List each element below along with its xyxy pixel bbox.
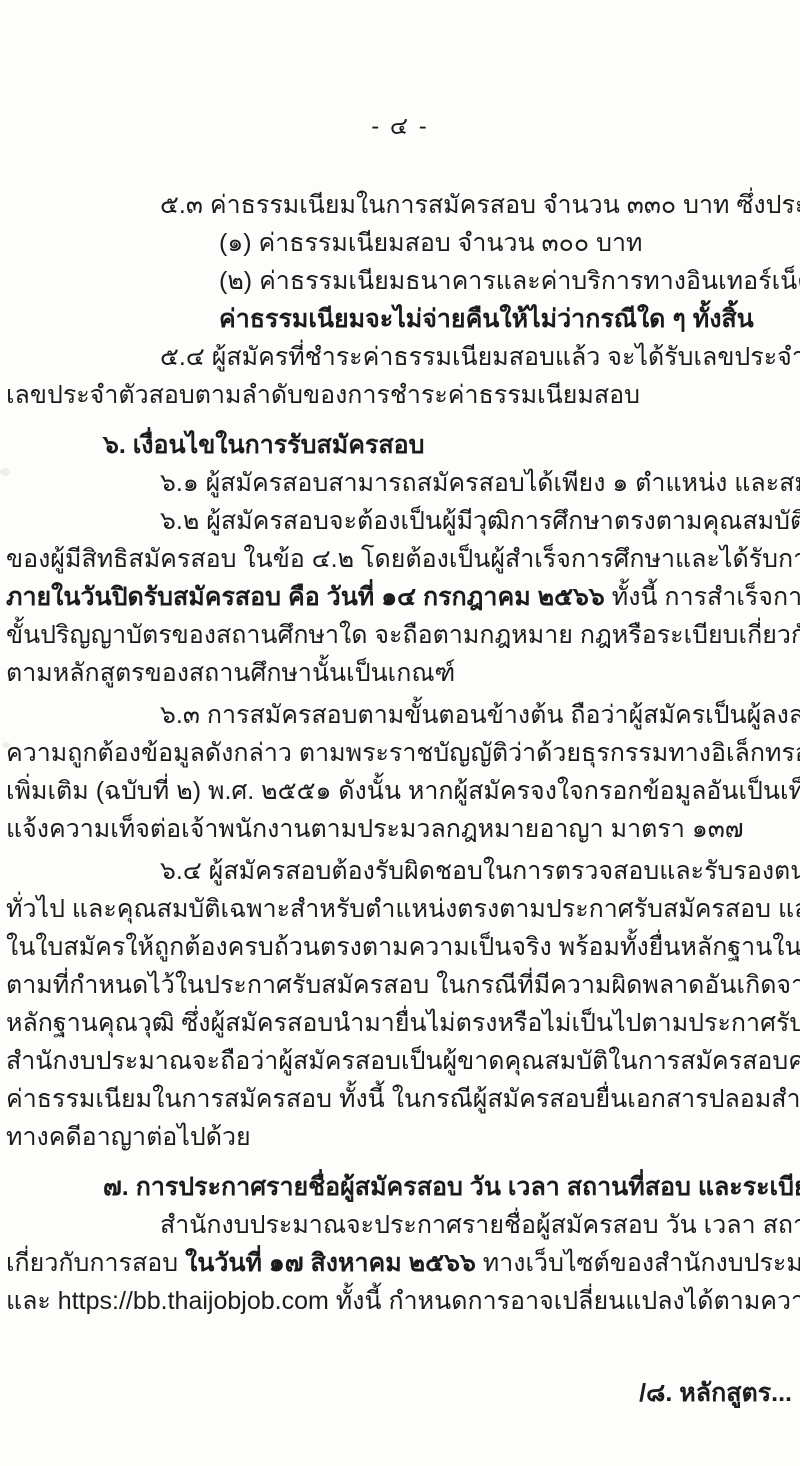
text-segment: ทางคดีอาญาต่อไปด้วย xyxy=(6,1123,251,1151)
section-6-heading-line: ๖. เงื่อนไขในการรับสมัครสอบ xyxy=(0,426,800,464)
text-segment: ขั้นปริญญาบัตรของสถานศึกษาใด จะถือตามกฎห… xyxy=(6,621,800,649)
clause-6-1-line: ๖.๑ ผู้สมัครสอบสามารถสมัครสอบได้เพียง ๑ … xyxy=(0,464,800,502)
text-segment: ๕.๔ ผู้สมัครที่ชำระค่าธรรมเนียมสอบแล้ว จ… xyxy=(160,343,800,371)
clause-6-2-wrap-line-3: ขั้นปริญญาบัตรของสถานศึกษาใด จะถือตามกฎห… xyxy=(0,616,800,654)
clause-6-3-wrap-line-2: เพิ่มเติม (ฉบับที่ ๒) พ.ศ. ๒๕๕๑ ดังนั้น … xyxy=(0,772,800,810)
text-segment: ความถูกต้องข้อมูลดังกล่าว ตามพระราชบัญญั… xyxy=(6,739,800,767)
clause-5-3-item-1-line: (๑) ค่าธรรมเนียมสอบ จำนวน ๓๐๐ บาท xyxy=(0,224,800,262)
text-segment: ๖. เงื่อนไขในการรับสมัครสอบ xyxy=(103,431,425,459)
section-7-body-line-3: และ https://bb.thaijobjob.com ทั้งนี้ กำ… xyxy=(0,1282,800,1320)
text-segment: ทางเว็บไซต์ของสำนักงบประมาณ https://www.… xyxy=(476,1249,800,1277)
text-segment: สำนักงบประมาณจะถือว่าผู้สมัครสอบเป็นผู้ข… xyxy=(6,1047,800,1075)
page-number: - ๔ - xyxy=(0,108,800,146)
clause-6-4-wrap-line-5: สำนักงบประมาณจะถือว่าผู้สมัครสอบเป็นผู้ข… xyxy=(0,1042,800,1080)
text-segment: ๖.๓ การสมัครสอบตามขั้นตอนข้างต้น ถือว่าผ… xyxy=(160,701,800,729)
section-7-heading-line: ๗. การประกาศรายชื่อผู้สมัครสอบ วัน เวลา … xyxy=(0,1168,800,1206)
text-segment: ๕.๓ ค่าธรรมเนียมในการสมัครสอบ จำนวน ๓๓๐ … xyxy=(160,191,800,219)
clause-6-4-wrap-line-3: ตามที่กำหนดไว้ในประกาศรับสมัครสอบ ในกรณี… xyxy=(0,966,800,1004)
clause-5-4-line: ๕.๔ ผู้สมัครที่ชำระค่าธรรมเนียมสอบแล้ว จ… xyxy=(0,338,800,376)
text-segment: ของผู้มีสิทธิสมัครสอบ ในข้อ ๔.๒ โดยต้องเ… xyxy=(6,545,800,573)
text-segment: เลขประจำตัวสอบตามลำดับของการชำระค่าธรรมเ… xyxy=(6,381,640,409)
text-segment: ตามหลักสูตรของสถานศึกษานั้นเป็นเกณฑ์ xyxy=(6,659,455,687)
clause-6-3-wrap-line-3: แจ้งความเท็จต่อเจ้าพนักงานตามประมวลกฎหมา… xyxy=(0,810,800,848)
fee-no-refund-line: ค่าธรรมเนียมจะไม่จ่ายคืนให้ไม่ว่ากรณีใด … xyxy=(0,300,800,338)
text-segment: ค่าธรรมเนียมจะไม่จ่ายคืนให้ไม่ว่ากรณีใด … xyxy=(219,305,754,333)
text-segment: ทั้งนี้ การสำเร็จการศึกษาตามหลักสูตร xyxy=(605,583,800,611)
text-segment: ๖.๒ ผู้สมัครสอบจะต้องเป็นผู้มีวุฒิการศึก… xyxy=(160,507,800,535)
text-segment: ๖.๔ ผู้สมัครสอบต้องรับผิดชอบในการตรวจสอบ… xyxy=(160,857,800,885)
text-segment: สำนักงบประมาณจะประกาศรายชื่อผู้สมัครสอบ … xyxy=(160,1211,800,1239)
text-segment: เกี่ยวกับการสอบ xyxy=(6,1249,185,1277)
clause-6-3-line: ๖.๓ การสมัครสอบตามขั้นตอนข้างต้น ถือว่าผ… xyxy=(0,696,800,734)
clause-5-3-item-2-line: (๒) ค่าธรรมเนียมธนาคารและค่าบริการทางอิน… xyxy=(0,262,800,300)
clause-6-3-wrap-line-1: ความถูกต้องข้อมูลดังกล่าว ตามพระราชบัญญั… xyxy=(0,734,800,772)
section-7-body-line-1: สำนักงบประมาณจะประกาศรายชื่อผู้สมัครสอบ … xyxy=(0,1206,800,1244)
text-segment: ๖.๑ ผู้สมัครสอบสามารถสมัครสอบได้เพียง ๑ … xyxy=(160,469,800,497)
clause-5-4-wrap-line: เลขประจำตัวสอบตามลำดับของการชำระค่าธรรมเ… xyxy=(0,376,800,414)
clause-6-4-wrap-line-7: ทางคดีอาญาต่อไปด้วย xyxy=(0,1118,800,1156)
text-segment: เพิ่มเติม (ฉบับที่ ๒) พ.ศ. ๒๕๕๑ ดังนั้น … xyxy=(6,777,800,805)
text-segment: หลักฐานคุณวุฒิ ซึ่งผู้สมัครสอบนำมายื่นไม… xyxy=(6,1009,800,1037)
clause-6-2-wrap-line-4: ตามหลักสูตรของสถานศึกษานั้นเป็นเกณฑ์ xyxy=(0,654,800,692)
text-segment: (๑) ค่าธรรมเนียมสอบ จำนวน ๓๐๐ บาท xyxy=(219,229,642,257)
text-segment: ตามที่กำหนดไว้ในประกาศรับสมัครสอบ ในกรณี… xyxy=(6,971,800,999)
document-body: ๕.๓ ค่าธรรมเนียมในการสมัครสอบ จำนวน ๓๓๐ … xyxy=(0,186,800,1320)
clause-6-2-line: ๖.๒ ผู้สมัครสอบจะต้องเป็นผู้มีวุฒิการศึก… xyxy=(0,502,800,540)
text-segment: ค่าธรรมเนียมในการสมัครสอบ ทั้งนี้ ในกรณี… xyxy=(6,1085,800,1113)
text-segment: ภายในวันปิดรับสมัครสอบ คือ วันที่ ๑๔ กรก… xyxy=(6,583,605,611)
text-segment: (๒) ค่าธรรมเนียมธนาคารและค่าบริการทางอิน… xyxy=(219,267,800,295)
text-segment: ๗. การประกาศรายชื่อผู้สมัครสอบ วัน เวลา … xyxy=(103,1173,800,1201)
text-segment: ในใบสมัครให้ถูกต้องครบถ้วนตรงตามความเป็น… xyxy=(6,933,800,961)
text-segment: แจ้งความเท็จต่อเจ้าพนักงานตามประมวลกฎหมา… xyxy=(6,815,744,843)
clause-6-2-wrap-line-1: ของผู้มีสิทธิสมัครสอบ ในข้อ ๔.๒ โดยต้องเ… xyxy=(0,540,800,578)
continuation-marker: /๘. หลักสูตร... xyxy=(0,1374,800,1412)
text-segment: ทั่วไป และคุณสมบัติเฉพาะสำหรับตำแหน่งตรง… xyxy=(6,895,800,923)
clause-6-4-wrap-line-1: ทั่วไป และคุณสมบัติเฉพาะสำหรับตำแหน่งตรง… xyxy=(0,890,800,928)
clause-6-4-wrap-line-2: ในใบสมัครให้ถูกต้องครบถ้วนตรงตามความเป็น… xyxy=(0,928,800,966)
clause-6-2-wrap-line-2: ภายในวันปิดรับสมัครสอบ คือ วันที่ ๑๔ กรก… xyxy=(0,578,800,616)
clause-6-4-wrap-line-6: ค่าธรรมเนียมในการสมัครสอบ ทั้งนี้ ในกรณี… xyxy=(0,1080,800,1118)
document-page: - ๔ - ๕.๓ ค่าธรรมเนียมในการสมัครสอบ จำนว… xyxy=(0,0,800,1466)
clause-6-4-line: ๖.๔ ผู้สมัครสอบต้องรับผิดชอบในการตรวจสอบ… xyxy=(0,852,800,890)
text-segment: ในวันที่ ๑๗ สิงหาคม ๒๕๖๖ xyxy=(185,1249,476,1277)
text-segment: และ https://bb.thaijobjob.com ทั้งนี้ กำ… xyxy=(6,1287,800,1315)
clause-5-3-line: ๕.๓ ค่าธรรมเนียมในการสมัครสอบ จำนวน ๓๓๐ … xyxy=(0,186,800,224)
section-7-body-line-2: เกี่ยวกับการสอบ ในวันที่ ๑๗ สิงหาคม ๒๕๖๖… xyxy=(0,1244,800,1282)
clause-6-4-wrap-line-4: หลักฐานคุณวุฒิ ซึ่งผู้สมัครสอบนำมายื่นไม… xyxy=(0,1004,800,1042)
